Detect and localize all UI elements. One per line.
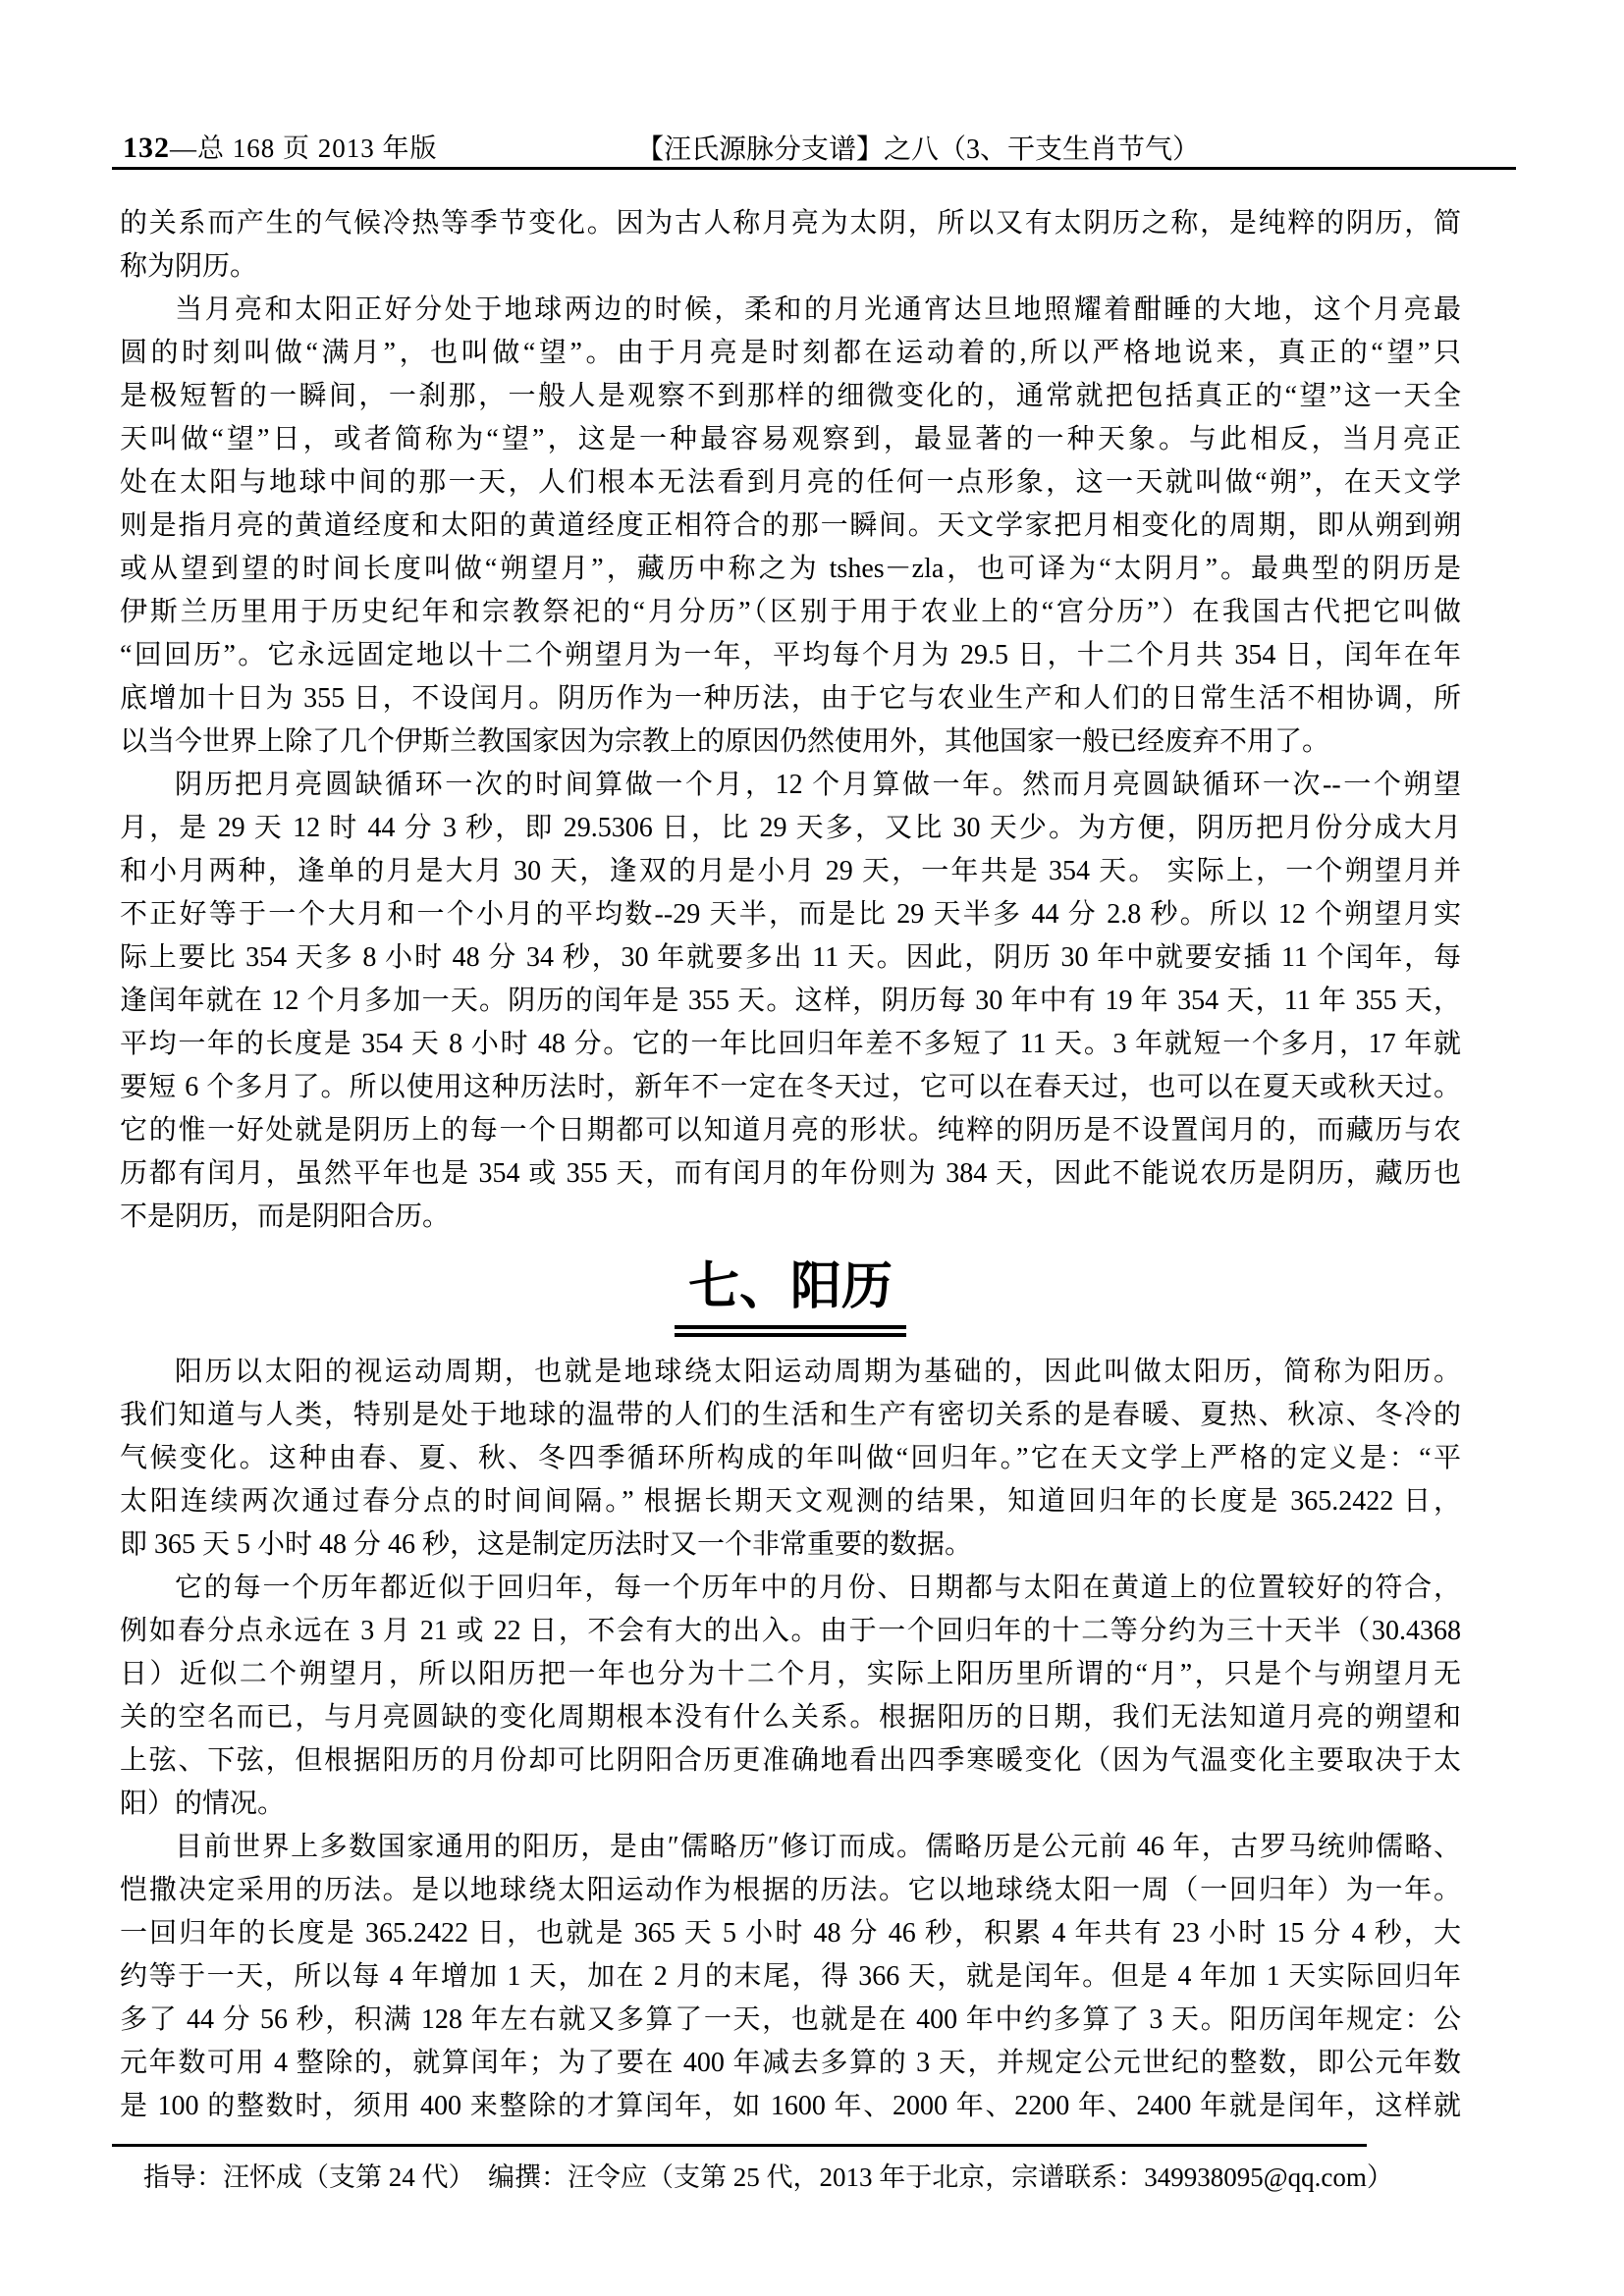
text-line: 是 100 的整数时，须用 400 来整除的才算闰年，如 1600 年、2000… xyxy=(120,2085,1461,2128)
text-line: 关的空名而已，与月亮圆缺的变化周期根本没有什么关系。根据阳历的日期，我们无法知道… xyxy=(120,1696,1461,1739)
text-line: 阴历把月亮圆缺循环一次的时间算做一个月，12 个月算做一年。然而月亮圆缺循环一次… xyxy=(120,764,1461,807)
text-line: 圆的时刻叫做“满月”，也叫做“望”。由于月亮是时刻都在运动着的,所以严格地说来，… xyxy=(120,332,1461,375)
text-line: 以当今世界上除了几个伊斯兰教国家因为宗教上的原因仍然使用外，其他国家一般已经废弃… xyxy=(120,721,1461,764)
text-line: 历都有闰月，虽然平年也是 354 或 355 天，而有闰月的年份则为 384 天… xyxy=(120,1152,1461,1196)
body-text: 的关系而产生的气候冷热等季节变化。因为古人称月亮为太阴，所以又有太阴历之称，是纯… xyxy=(120,202,1461,2128)
text-line: 即 365 天 5 小时 48 分 46 秒，这是制定历法时又一个非常重要的数据… xyxy=(120,1523,1461,1567)
section-heading: 七、阳历 xyxy=(120,1258,1461,1337)
text-line: 我们知道与人类，特别是处于地球的温带的人们的生活和生产有密切关系的是春暖、夏热、… xyxy=(120,1394,1461,1437)
text-line: 气候变化。这种由春、夏、秋、冬四季循环所构成的年叫做“回归年。”它在天文学上严格… xyxy=(120,1437,1461,1480)
text-line: 太阳连续两次通过春分点的时间间隔。” 根据长期天文观测的结果，知道回归年的长度是… xyxy=(120,1480,1461,1523)
text-line: 阳）的情况。 xyxy=(120,1783,1461,1826)
text-line: 的关系而产生的气候冷热等季节变化。因为古人称月亮为太阴，所以又有太阴历之称，是纯… xyxy=(120,202,1461,245)
paragraph: 它的每一个历年都近似于回归年，每一个历年中的月份、日期都与太阳在黄道上的位置较好… xyxy=(120,1567,1461,1826)
text-line: 和小月两种，逢单的月是大月 30 天，逢双的月是小月 29 天，一年共是 354… xyxy=(120,850,1461,893)
text-line: 底增加十日为 355 日，不设闰月。阴历作为一种历法，由于它与农业生产和人们的日… xyxy=(120,677,1461,721)
text-line: 要短 6 个多月了。所以使用这种历法时，新年不一定在冬天过，它可以在春天过，也可… xyxy=(120,1066,1461,1109)
text-line: 月，是 29 天 12 时 44 分 3 秒，即 29.5306 日，比 29 … xyxy=(120,807,1461,850)
text-line: 逢闰年就在 12 个月多加一天。阴历的闰年是 355 天。这样，阴历每 30 年… xyxy=(120,980,1461,1023)
text-line: 一回归年的长度是 365.2422 日，也就是 365 天 5 小时 48 分 … xyxy=(120,1912,1461,1955)
text-line: 阳历以太阳的视运动周期，也就是地球绕太阳运动周期为基础的，因此叫做太阳历，简称为… xyxy=(120,1351,1461,1394)
paragraph: 阳历以太阳的视运动周期，也就是地球绕太阳运动周期为基础的，因此叫做太阳历，简称为… xyxy=(120,1351,1461,1567)
header-rule xyxy=(112,167,1516,170)
footer-rule xyxy=(112,2144,1367,2147)
text-line: 处在太阳与地球中间的那一天，人们根本无法看到月亮的任何一点形象，这一天就叫做“朔… xyxy=(120,461,1461,505)
paragraph: 目前世界上多数国家通用的阳历，是由″儒略历″修订而成。儒略历是公元前 46 年，… xyxy=(120,1826,1461,2128)
text-line: 它的惟一好处就是阴历上的每一个日期都可以知道月亮的形状。纯粹的阴历是不设置闰月的… xyxy=(120,1109,1461,1152)
text-line: 当月亮和太阳正好分处于地球两边的时候，柔和的月光通宵达旦地照耀着酣睡的大地，这个… xyxy=(120,289,1461,332)
text-line: 恺撒决定采用的历法。是以地球绕太阳运动作为根据的历法。它以地球绕太阳一周（一回归… xyxy=(120,1869,1461,1912)
text-line: 际上要比 354 天多 8 小时 48 分 34 秒，30 年就要多出 11 天… xyxy=(120,936,1461,980)
page-footer: 指导：汪怀成（支第 24 代） 编撰：汪令应（支第 25 代，2013 年于北京… xyxy=(143,2156,1538,2194)
section-heading-text: 七、阳历 xyxy=(675,1258,906,1337)
paragraph: 的关系而产生的气候冷热等季节变化。因为古人称月亮为太阴，所以又有太阴历之称，是纯… xyxy=(120,202,1461,289)
header-page-number: 132 xyxy=(123,132,170,164)
document-page: 132—总 168 页 2013 年版 【汪氏源脉分支谱】之八（3、干支生肖节气… xyxy=(0,0,1624,2296)
text-line: 不是阴历，而是阴阳合历。 xyxy=(120,1196,1461,1239)
text-line: 是极短暂的一瞬间，一刹那，一般人是观察不到那样的细微变化的，通常就把包括真正的“… xyxy=(120,375,1461,418)
text-line: 称为阴历。 xyxy=(120,245,1461,289)
text-line: 伊斯兰历里用于历史纪年和宗教祭祀的“月分历”（区别于用于农业上的“宫分历”）在我… xyxy=(120,591,1461,634)
header-page-label: —总 168 页 2013 年版 xyxy=(170,133,438,163)
paragraph: 阴历把月亮圆缺循环一次的时间算做一个月，12 个月算做一年。然而月亮圆缺循环一次… xyxy=(120,764,1461,1239)
paragraph: 当月亮和太阳正好分处于地球两边的时候，柔和的月光通宵达旦地照耀着酣睡的大地，这个… xyxy=(120,289,1461,764)
text-line: “回回历”。它永远固定地以十二个朔望月为一年，平均每个月为 29.5 日，十二个… xyxy=(120,634,1461,677)
text-line: 元年数可用 4 整除的，就算闰年；为了要在 400 年减去多算的 3 天，并规定… xyxy=(120,2042,1461,2085)
text-line: 平均一年的长度是 354 天 8 小时 48 分。它的一年比回归年差不多短了 1… xyxy=(120,1023,1461,1066)
text-line: 多了 44 分 56 秒，积满 128 年左右就又多算了一天，也就是在 400 … xyxy=(120,1999,1461,2042)
text-line: 上弦、下弦，但根据阳历的月份却可比阴阳合历更准确地看出四季寒暖变化（因为气温变化… xyxy=(120,1739,1461,1783)
header-title: 【汪氏源脉分支谱】之八（3、干支生肖节气） xyxy=(636,128,1200,167)
header-page-info: 132—总 168 页 2013 年版 xyxy=(123,127,438,165)
text-line: 它的每一个历年都近似于回归年，每一个历年中的月份、日期都与太阳在黄道上的位置较好… xyxy=(120,1567,1461,1610)
text-line: 不正好等于一个大月和一个小月的平均数--29 天半，而是比 29 天半多 44 … xyxy=(120,893,1461,936)
text-line: 约等于一天，所以每 4 年增加 1 天，加在 2 月的末尾，得 366 天，就是… xyxy=(120,1955,1461,1999)
text-line: 日）近似二个朔望月，所以阳历把一年也分为十二个月，实际上阳历里所谓的“月”，只是… xyxy=(120,1653,1461,1696)
text-line: 目前世界上多数国家通用的阳历，是由″儒略历″修订而成。儒略历是公元前 46 年，… xyxy=(120,1826,1461,1869)
text-line: 或从望到望的时间长度叫做“朔望月”，藏历中称之为 tshes－zla，也可译为“… xyxy=(120,548,1461,591)
text-line: 天叫做“望”日，或者简称为“望”，这是一种最容易观察到，最显著的一种天象。与此相… xyxy=(120,418,1461,461)
text-line: 则是指月亮的黄道经度和太阳的黄道经度正相符合的那一瞬间。天文学家把月相变化的周期… xyxy=(120,505,1461,548)
text-line: 例如春分点永远在 3 月 21 或 22 日，不会有大的出入。由于一个回归年的十… xyxy=(120,1610,1461,1653)
